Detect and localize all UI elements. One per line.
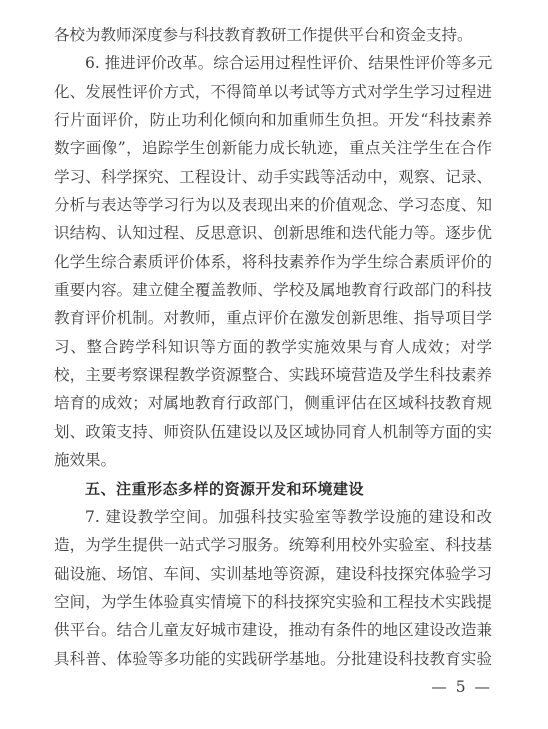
text-line: 校，主要考察课程教学资源整合、实践环境营造及学生科技素养 (54, 361, 492, 389)
text-line: 6. 推进评价改革。综合运用过程性评价、结果性评价等多元 (54, 49, 492, 77)
text-line: 教育评价机制。对教师，重点评价在激发创新思维、指导项目学 (54, 304, 492, 332)
text-line: 化学生综合素质评价体系，将科技素养作为学生综合素质评价的 (54, 248, 492, 276)
text-line: 供平台。结合儿童友好城市建设，推动有条件的地区建设改造兼 (54, 616, 492, 644)
text-line: 识结构、认知过程、反思意识、创新思维和迭代能力等。逐步优 (54, 219, 492, 247)
text-line: 具科普、体验等多功能的实践研学基地。分批建设科技教育实验 (54, 645, 492, 673)
text-line: 数字画像”，追踪学生创新能力成长轨迹，重点关注学生在合作 (54, 134, 492, 162)
document-body: 各校为教师深度参与科技教育教研工作提供平台和资金支持。6. 推进评价改革。综合运… (54, 21, 492, 673)
text-line: 7. 建设教学空间。加强科技实验室等教学设施的建设和改 (54, 503, 492, 531)
text-line: 造，为学生提供一站式学习服务。统筹利用校外实验室、科技基 (54, 531, 492, 559)
text-line: 重要内容。建立健全覆盖教师、学校及属地教育行政部门的科技 (54, 276, 492, 304)
text-line: 学习、科学探究、工程设计、动手实践等活动中，观察、记录、 (54, 163, 492, 191)
text-line: 各校为教师深度参与科技教育教研工作提供平台和资金支持。 (54, 21, 492, 49)
text-line: 习、整合跨学科知识等方面的教学实施效果与育人成效；对学 (54, 333, 492, 361)
section-heading: 五、注重形态多样的资源开发和环境建设 (54, 475, 492, 503)
document-page: 各校为教师深度参与科技教育教研工作提供平台和资金支持。6. 推进评价改革。综合运… (0, 0, 548, 729)
text-line: 础设施、场馆、车间、实训基地等资源，建设科技探究体验学习 (54, 560, 492, 588)
text-line: 分析与表达等学习行为以及表现出来的价值观念、学习态度、知 (54, 191, 492, 219)
page-number: — 5 — (54, 673, 492, 701)
text-line: 施效果。 (54, 446, 492, 474)
text-line: 行片面评价，防止功利化倾向和加重师生负担。开发“科技素养 (54, 106, 492, 134)
text-line: 划、政策支持、师资队伍建设以及区域协同育人机制等方面的实 (54, 418, 492, 446)
text-line: 空间，为学生体验真实情境下的科技探究实验和工程技术实践提 (54, 588, 492, 616)
text-line: 培育的成效；对属地教育行政部门，侧重评估在区域科技教育规 (54, 389, 492, 417)
text-line: 化、发展性评价方式，不得简单以考试等方式对学生学习过程进 (54, 78, 492, 106)
